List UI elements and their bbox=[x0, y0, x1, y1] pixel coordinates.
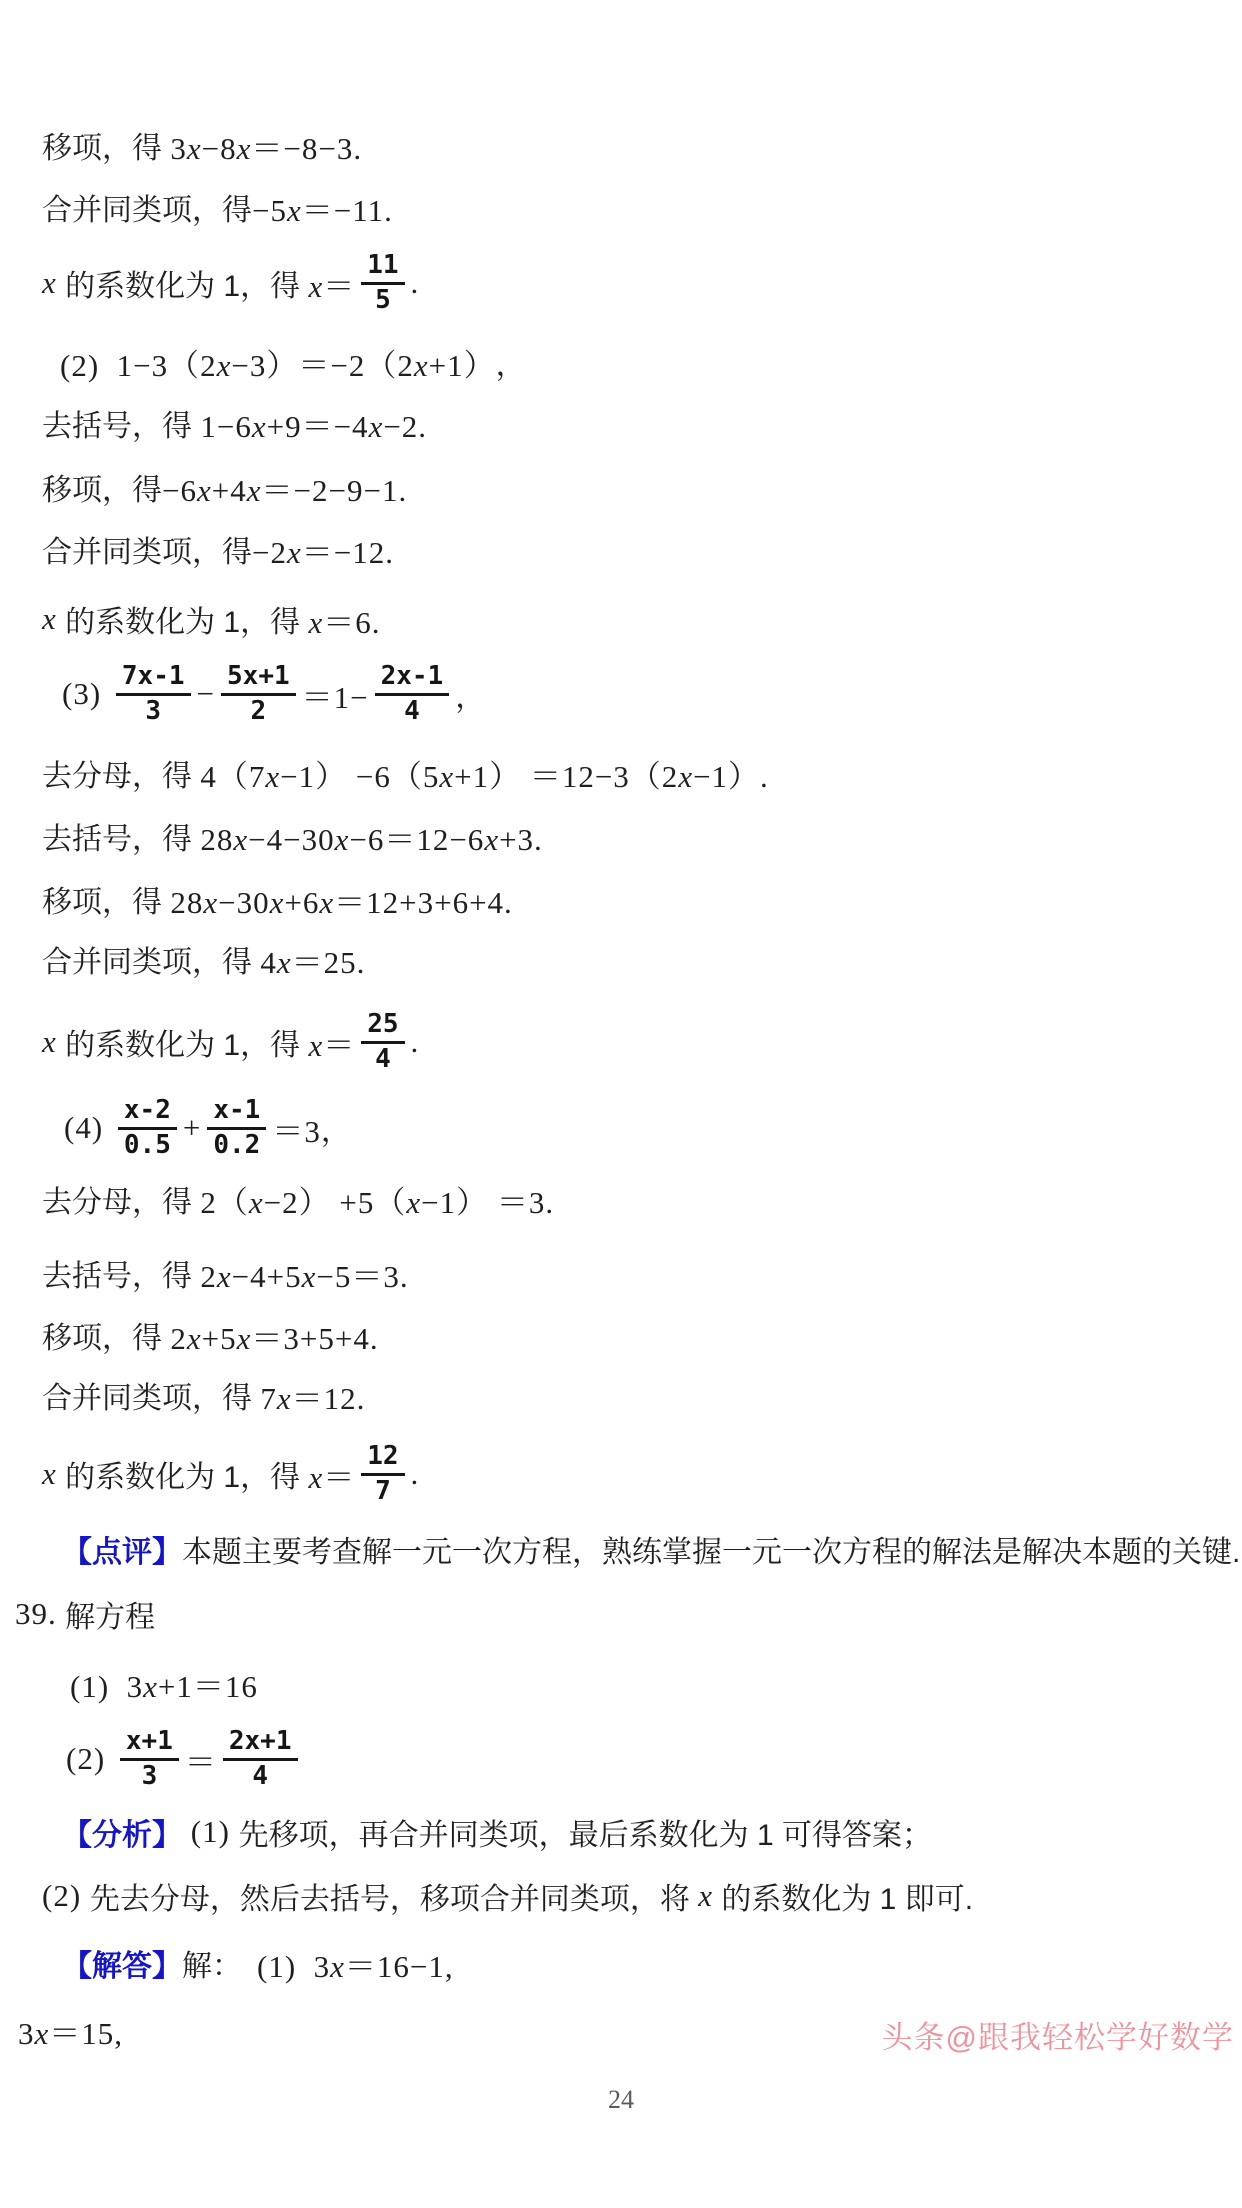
math-text: (2) bbox=[66, 1741, 114, 1777]
chinese-text: 的系数化为 1，得 bbox=[57, 1452, 309, 1496]
math-text: 4x＝25. bbox=[260, 937, 365, 982]
part4-remove-brackets: 去括号，得 2x−4+5x−5＝3. bbox=[42, 1253, 409, 1293]
math-text: − bbox=[197, 676, 215, 712]
math-text: . bbox=[411, 1456, 420, 1492]
problem-39-eq1: (1) 3x+1＝16 bbox=[70, 1663, 258, 1703]
math-text: −6x+4x＝−2−9−1. bbox=[162, 465, 407, 510]
chinese-text: 本题主要考查解一元一次方程，熟练掌握一元一次方程的解法是解决本题的关键. bbox=[182, 1527, 1240, 1571]
math-text: x＝ bbox=[308, 261, 355, 306]
math-text: + bbox=[183, 1110, 201, 1146]
math-text: 7x＝12. bbox=[260, 1373, 365, 1418]
analysis-line-1: 【分析】 (1) 先移项，再合并同类项，最后系数化为 1 可得答案； bbox=[62, 1812, 932, 1852]
chinese-text: 去括号，得 bbox=[42, 1251, 200, 1295]
math-text: x bbox=[698, 1878, 713, 1914]
fraction-numerator: 25 bbox=[361, 1010, 404, 1044]
chinese-text: 的系数化为 1，得 bbox=[57, 261, 309, 305]
analysis-line-2: (2) 先去分母，然后去括号，移项合并同类项，将 x 的系数化为 1 即可. bbox=[42, 1876, 973, 1916]
part3-equation: (3) 7x-13−5x+12＝1−2x-14， bbox=[62, 654, 485, 734]
fraction-numerator: 11 bbox=[361, 251, 404, 285]
part4-equation: (4) x-20.5+x-10.2＝3， bbox=[64, 1088, 351, 1168]
chinese-text: 合并同类项，得 bbox=[42, 185, 252, 229]
part1-combine-like-terms: 合并同类项，得−5x＝−11. bbox=[42, 187, 393, 227]
fraction-denominator: 3 bbox=[145, 696, 161, 727]
math-text: ＝ bbox=[185, 1737, 217, 1782]
math-text: 3x＝15, bbox=[18, 2008, 123, 2053]
fraction-denominator: 4 bbox=[252, 1761, 268, 1792]
chinese-text: 先移项，再合并同类项，最后系数化为 1 可得答案； bbox=[239, 1810, 932, 1854]
fraction-numerator: 2x+1 bbox=[223, 1727, 298, 1761]
chinese-text: ， bbox=[455, 672, 485, 716]
math-text: −5x＝−11. bbox=[252, 185, 393, 230]
part2-equation: (2) 1−3（2x−3）＝−2（2x+1）， bbox=[60, 342, 526, 382]
math-text: 2（x−2） +5（x−1） ＝3. bbox=[200, 1177, 554, 1222]
part3-solution: x 的系数化为 1，得 x＝254. bbox=[42, 1002, 419, 1082]
part3-move-terms: 移项，得 28x−30x+6x＝12+3+6+4. bbox=[42, 879, 513, 919]
fraction: x-10.2 bbox=[207, 1096, 266, 1161]
section-label: 【分析】 bbox=[62, 1810, 182, 1854]
fraction-denominator: 2 bbox=[251, 696, 267, 727]
document-page: 移项，得 3x−8x＝−8−3.合并同类项，得−5x＝−11.x 的系数化为 1… bbox=[0, 0, 1242, 2208]
part3-remove-brackets: 去括号，得 28x−4−30x−6＝12−6x+3. bbox=[42, 816, 543, 856]
part4-clear-denominators: 去分母，得 2（x−2） +5（x−1） ＝3. bbox=[42, 1179, 554, 1219]
part2-remove-brackets: 去括号，得 1−6x+9＝−4x−2. bbox=[42, 403, 427, 443]
answer-line-1: 【解答】解： (1) 3x＝16−1, bbox=[62, 1943, 454, 1983]
chinese-text: 移项，得 bbox=[42, 465, 162, 509]
chinese-text: 合并同类项，得 bbox=[42, 937, 260, 981]
chinese-text: 合并同类项，得 bbox=[42, 527, 252, 571]
fraction-numerator: 2x-1 bbox=[375, 662, 450, 696]
fraction-numerator: x-2 bbox=[118, 1096, 177, 1130]
chinese-text: 解方程 bbox=[57, 1592, 155, 1636]
part2-solution: x 的系数化为 1，得 x＝6. bbox=[42, 599, 380, 639]
math-text: (1) 3x＝16−1, bbox=[257, 1941, 454, 1986]
part2-combine-like-terms: 合并同类项，得−2x＝−12. bbox=[42, 529, 394, 569]
fraction: x-20.5 bbox=[118, 1096, 177, 1161]
chinese-text: ， bbox=[496, 340, 526, 384]
comment-line: 【点评】本题主要考查解一元一次方程，熟练掌握一元一次方程的解法是解决本题的关键. bbox=[62, 1529, 1240, 1569]
math-text: x bbox=[42, 1024, 57, 1060]
part1-solution: x 的系数化为 1，得 x＝115. bbox=[42, 243, 419, 323]
answer-line-2: 3x＝15, bbox=[18, 2010, 123, 2050]
math-text: 39. bbox=[15, 1596, 57, 1632]
chinese-text: 的系数化为 1，得 bbox=[57, 1020, 309, 1064]
fraction-denominator: 0.2 bbox=[213, 1130, 260, 1161]
chinese-text: 的系数化为 1 即可. bbox=[713, 1874, 973, 1918]
math-text: . bbox=[411, 1024, 420, 1060]
part1-move-terms: 移项，得 3x−8x＝−8−3. bbox=[42, 125, 362, 165]
fraction: 2x+14 bbox=[223, 1727, 298, 1792]
chinese-text: 移项，得 bbox=[42, 123, 170, 167]
fraction-denominator: 4 bbox=[375, 1044, 391, 1075]
part4-solution: x 的系数化为 1，得 x＝127. bbox=[42, 1434, 419, 1514]
math-text: (1) 3x+1＝16 bbox=[70, 1661, 258, 1706]
math-text: 4（7x−1） −6（5x+1） ＝12−3（2x−1）. bbox=[200, 751, 768, 796]
math-text: 3x−8x＝−8−3. bbox=[170, 123, 362, 168]
math-text: (1) bbox=[182, 1814, 239, 1850]
section-label: 【解答】 bbox=[62, 1941, 182, 1985]
chinese-text: 去分母，得 bbox=[42, 751, 200, 795]
chinese-text: 的系数化为 1，得 bbox=[57, 597, 309, 641]
section-label: 【点评】 bbox=[62, 1527, 182, 1571]
fraction-numerator: x+1 bbox=[120, 1727, 179, 1761]
chinese-text: 移项，得 bbox=[42, 877, 170, 921]
math-text: x＝ bbox=[308, 1020, 355, 1065]
fraction: 115 bbox=[361, 251, 404, 316]
fraction: 127 bbox=[361, 1442, 404, 1507]
math-text: 2x+5x＝3+5+4. bbox=[170, 1313, 378, 1358]
fraction: 7x-13 bbox=[116, 662, 191, 727]
math-text: ＝3 bbox=[272, 1106, 321, 1151]
part2-move-terms: 移项，得−6x+4x＝−2−9−1. bbox=[42, 467, 407, 507]
chinese-text: 去括号，得 bbox=[42, 814, 200, 858]
chinese-text: 去括号，得 bbox=[42, 401, 200, 445]
fraction-numerator: x-1 bbox=[207, 1096, 266, 1130]
chinese-text: 解： bbox=[182, 1941, 257, 1985]
math-text: (2) 1−3（2x−3）＝−2（2x+1） bbox=[60, 340, 496, 385]
math-text: x＝6. bbox=[308, 597, 380, 642]
fraction: 5x+12 bbox=[221, 662, 296, 727]
fraction: x+13 bbox=[120, 1727, 179, 1792]
math-text: (4) bbox=[64, 1110, 112, 1146]
fraction-numerator: 7x-1 bbox=[116, 662, 191, 696]
fraction-denominator: 5 bbox=[375, 285, 391, 316]
math-text: (2) bbox=[42, 1878, 90, 1914]
problem-39-title: 39. 解方程 bbox=[15, 1594, 155, 1634]
fraction-denominator: 3 bbox=[142, 1761, 158, 1792]
chinese-text: 合并同类项，得 bbox=[42, 1373, 260, 1417]
part3-clear-denominators: 去分母，得 4（7x−1） −6（5x+1） ＝12−3（2x−1）. bbox=[42, 753, 769, 793]
math-text: ＝1− bbox=[302, 672, 369, 717]
fraction-denominator: 7 bbox=[375, 1476, 391, 1507]
fraction-numerator: 12 bbox=[361, 1442, 404, 1476]
math-text: −2x＝−12. bbox=[252, 527, 394, 572]
chinese-text: ， bbox=[321, 1106, 351, 1150]
fraction-numerator: 5x+1 bbox=[221, 662, 296, 696]
chinese-text: 先去分母，然后去括号，移项合并同类项，将 bbox=[90, 1874, 698, 1918]
chinese-text: 移项，得 bbox=[42, 1313, 170, 1357]
chinese-text: 去分母，得 bbox=[42, 1177, 200, 1221]
fraction: 2x-14 bbox=[375, 662, 450, 727]
problem-39-eq2: (2) x+13＝2x+14 bbox=[66, 1719, 304, 1799]
fraction-denominator: 0.5 bbox=[124, 1130, 171, 1161]
math-text: . bbox=[411, 265, 420, 301]
math-text: x bbox=[42, 1456, 57, 1492]
math-text: 1−6x+9＝−4x−2. bbox=[200, 401, 427, 446]
part3-combine-like-terms: 合并同类项，得 4x＝25. bbox=[42, 939, 365, 979]
watermark-text: 头条@跟我轻松学好数学 bbox=[882, 2012, 1234, 2057]
math-text: x＝ bbox=[308, 1452, 355, 1497]
math-text: (3) bbox=[62, 676, 110, 712]
part4-combine-like-terms: 合并同类项，得 7x＝12. bbox=[42, 1375, 365, 1415]
math-text: 2x−4+5x−5＝3. bbox=[200, 1251, 408, 1296]
fraction: 254 bbox=[361, 1010, 404, 1075]
math-text: 28x−4−30x−6＝12−6x+3. bbox=[200, 814, 542, 859]
fraction-denominator: 4 bbox=[404, 696, 420, 727]
math-text: 28x−30x+6x＝12+3+6+4. bbox=[170, 877, 512, 922]
math-text: x bbox=[42, 265, 57, 301]
page-number: 24 bbox=[0, 2085, 1242, 2115]
math-text: x bbox=[42, 601, 57, 637]
part4-move-terms: 移项，得 2x+5x＝3+5+4. bbox=[42, 1315, 379, 1355]
